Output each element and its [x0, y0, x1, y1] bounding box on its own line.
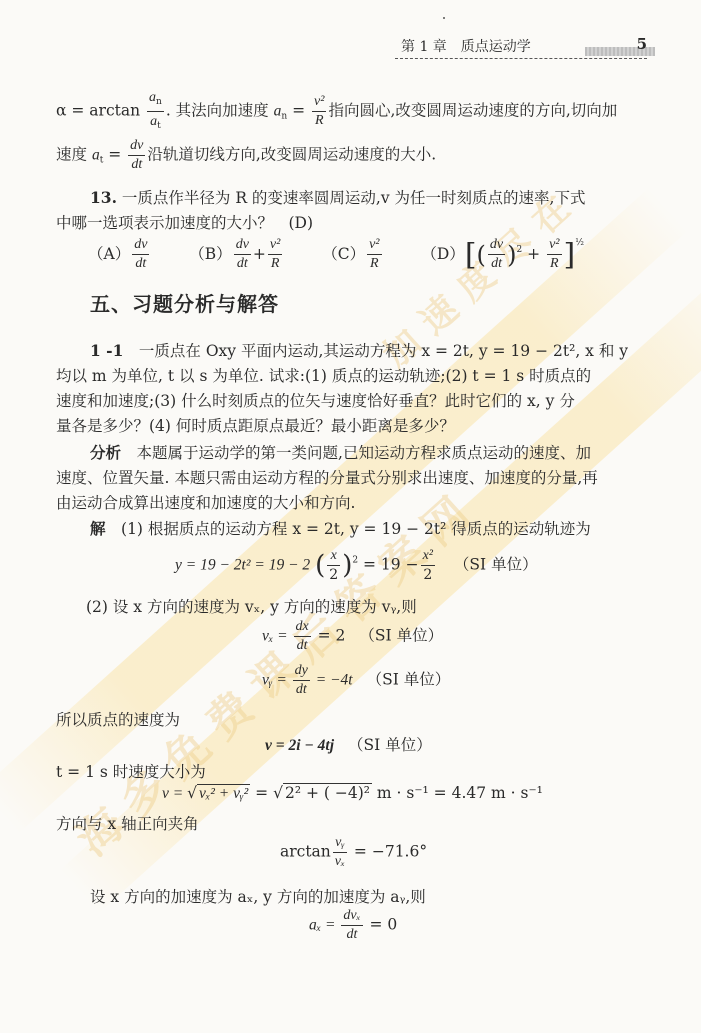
- analysis-line-1: 分析 本题属于运动学的第一类问题,已知运动方程求质点运动的速度、加: [90, 441, 591, 463]
- body-text: 沿轨道切线方向,改变圆周运动速度的大小.: [147, 146, 436, 164]
- equation-speed: v = √vₓ² + vᵧ² = √2² + ( −4)² m · s⁻¹ = …: [162, 784, 543, 803]
- equation-velocity: v = 2i − 4tj（SI 单位）: [265, 733, 432, 755]
- section-title: 五、习题分析与解答: [90, 288, 279, 317]
- equation-trajectory: y = 19 − 2t² = 19 − 2 (x2)2 = 19 −x²2 （S…: [175, 547, 538, 584]
- question-13-line-2: 中哪一选项表示加速度的大小？ (D): [56, 211, 313, 233]
- problem-number: 1 -1: [90, 341, 123, 360]
- equation-vy: vᵧ = dydt = −4t（SI 单位）: [262, 662, 450, 699]
- analysis-label: 分析: [90, 444, 121, 462]
- problem-line-4: 量各是多少？(4) 何时质点距原点最近？最小距离是多少？: [56, 414, 455, 436]
- solution-label: 解: [90, 520, 106, 538]
- fraction: anat: [147, 88, 164, 135]
- options-row: （A）dvdt （B）dvdt+v²R （C）v²R （D）[(dvdt)2 +…: [88, 236, 584, 273]
- option-a: （A）dvdt: [88, 245, 151, 263]
- direction-intro: 方向与 x 轴正向夹角: [56, 812, 199, 834]
- fraction: v²R: [312, 93, 326, 130]
- velocity-intro: 所以质点的速度为: [56, 708, 180, 730]
- formula-text: α = arctan: [56, 102, 140, 120]
- intro-line-2: 速度 at = dvdt沿轨道切线方向,改变圆周运动速度的大小.: [56, 137, 436, 174]
- scan-dot: [443, 17, 445, 19]
- analysis-line-2: 速度、位置矢量. 本题只需由运动方程的分量式分别求出速度、加速度的分量,再: [56, 466, 598, 488]
- chapter-title: 第 1 章 质点运动学: [401, 36, 531, 56]
- option-d: （D）[(dvdt)2 + v²R]½: [421, 245, 584, 263]
- acceleration-intro: 设 x 方向的加速度为 aₓ, y 方向的加速度为 aᵧ,则: [90, 885, 426, 907]
- problem-line-2: 均以 m 为单位, t 以 s 为单位. 试求:(1) 质点的运动轨迹;(2) …: [56, 364, 591, 386]
- problem-line-3: 速度和加速度;(3) 什么时刻质点的位矢与速度恰好垂直？此时它们的 x, y 分: [56, 389, 575, 411]
- textbook-page: 海多免费课后答案网 加速度尽在 第 1 章 质点运动学 5 α = arctan…: [0, 0, 701, 1033]
- running-header: 第 1 章 质点运动学 5: [395, 36, 647, 59]
- question-number: 13.: [90, 188, 117, 207]
- body-text: 指向圆心,改变圆周运动速度的方向,切向加: [328, 102, 617, 120]
- option-c: （C）v²R: [322, 245, 383, 263]
- intro-line-1: α = arctan anat. 其法向加速度 an = v²R指向圆心,改变圆…: [56, 88, 617, 135]
- equation-vx: vₓ = dxdt = 2（SI 单位）: [262, 618, 443, 655]
- page-number: 5: [637, 35, 647, 53]
- option-b: （B）dvdt+v²R: [189, 245, 284, 263]
- body-text: . 其法向加速度: [166, 102, 274, 120]
- equation-ax: aₓ = dvₓdt = 0: [309, 907, 397, 944]
- question-13-line-1: 13. 一质点作半径为 R 的变速率圆周运动,v 为任一时刻质点的速率,下式: [90, 186, 585, 208]
- solution-line-1: 解 (1) 根据质点的运动方程 x = 2t, y = 19 − 2t² 得质点…: [90, 517, 591, 539]
- analysis-line-3: 由运动合成算出速度和加速度的大小和方向.: [56, 491, 355, 513]
- equation-angle: arctanvᵧvₓ = −71.6°: [280, 834, 427, 871]
- solution-step-2: (2) 设 x 方向的速度为 vₓ, y 方向的速度为 vᵧ,则: [86, 595, 417, 617]
- speed-intro: t = 1 s 时速度大小为: [56, 760, 206, 782]
- problem-line-1: 1 -1 一质点在 Oxy 平面内运动,其运动方程为 x = 2t, y = 1…: [90, 339, 628, 361]
- fraction: dvdt: [128, 137, 145, 174]
